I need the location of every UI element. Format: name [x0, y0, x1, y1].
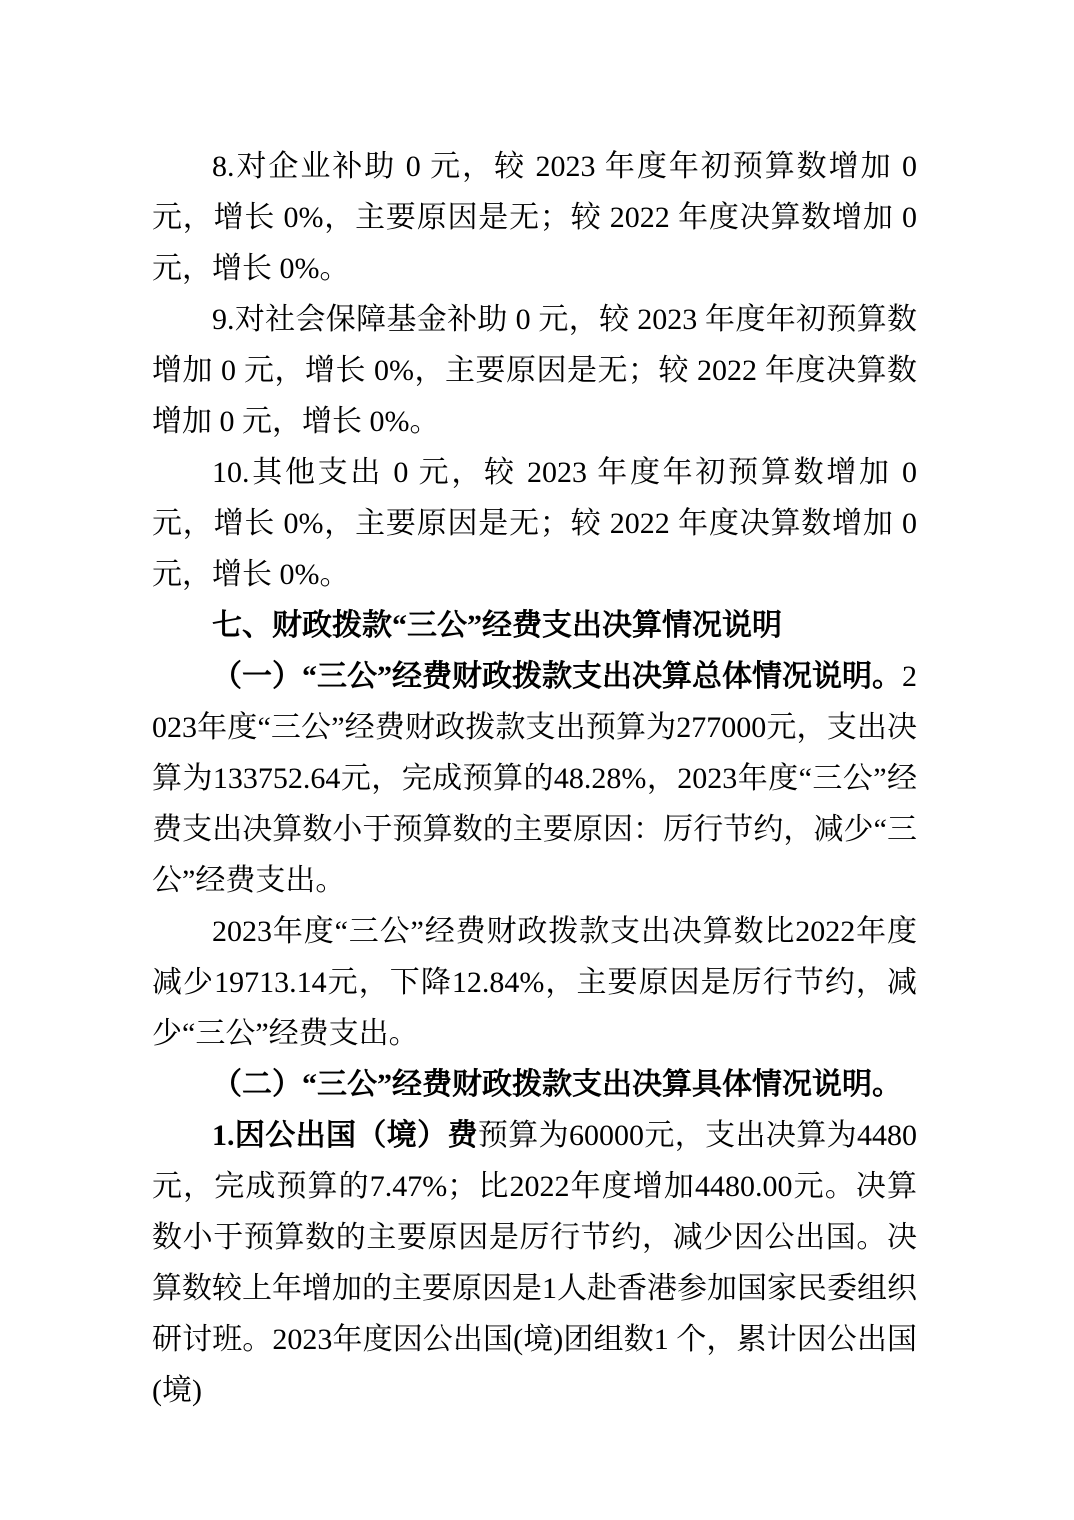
bold-text-run: 七、财政拨款“三公”经费支出决算情况说明 — [212, 609, 782, 642]
para-item-10-other-expenditure: 10.其他支出 0 元，较 2023 年度年初预算数增加 0 元，增长 0%，主… — [152, 447, 917, 600]
text-run: 2023年度“三公”经费财政拨款支出预算为277000元，支出决算为133752… — [152, 660, 917, 897]
para-item-1-overseas-travel-expense: 1.因公出国（境）费预算为60000元，支出决算为4480元，完成预算的7.47… — [152, 1110, 917, 1416]
text-run: 10.其他支出 0 元，较 2023 年度年初预算数增加 0 元，增长 0%，主… — [152, 456, 917, 591]
text-run: 8.对企业补助 0 元，较 2023 年度年初预算数增加 0 元，增长 0%，主… — [152, 150, 917, 285]
text-run: 2023年度“三公”经费财政拨款支出决算数比2022年度减少19713.14元，… — [152, 915, 917, 1050]
para-item-9-social-security-fund-subsidy: 9.对社会保障基金补助 0 元，较 2023 年度年初预算数增加 0 元，增长 … — [152, 294, 917, 447]
bold-text-run: 1.因公出国（境）费 — [212, 1119, 478, 1152]
document-page: 8.对企业补助 0 元，较 2023 年度年初预算数增加 0 元，增长 0%，主… — [0, 0, 1074, 1520]
para-section-7-1-yearly-comparison: 2023年度“三公”经费财政拨款支出决算数比2022年度减少19713.14元，… — [152, 906, 917, 1059]
text-run: 预算为60000元，支出决算为4480元，完成预算的7.47%；比2022年度增… — [152, 1119, 917, 1407]
text-run: 9.对社会保障基金补助 0 元，较 2023 年度年初预算数增加 0 元，增长 … — [152, 303, 917, 438]
para-item-8-enterprise-subsidy: 8.对企业补助 0 元，较 2023 年度年初预算数增加 0 元，增长 0%，主… — [152, 141, 917, 294]
para-section-7-1-overall-situation: （一）“三公”经费财政拨款支出决算总体情况说明。2023年度“三公”经费财政拨款… — [152, 651, 917, 906]
heading-section-7-sangong-expenses: 七、财政拨款“三公”经费支出决算情况说明 — [152, 600, 917, 651]
heading-section-7-2-specific-situation: （二）“三公”经费财政拨款支出决算具体情况说明。 — [152, 1059, 917, 1110]
bold-text-run: （一）“三公”经费财政拨款支出决算总体情况说明。 — [212, 660, 902, 693]
bold-text-run: （二）“三公”经费财政拨款支出决算具体情况说明。 — [212, 1068, 902, 1101]
document-body: 8.对企业补助 0 元，较 2023 年度年初预算数增加 0 元，增长 0%，主… — [152, 141, 917, 1416]
